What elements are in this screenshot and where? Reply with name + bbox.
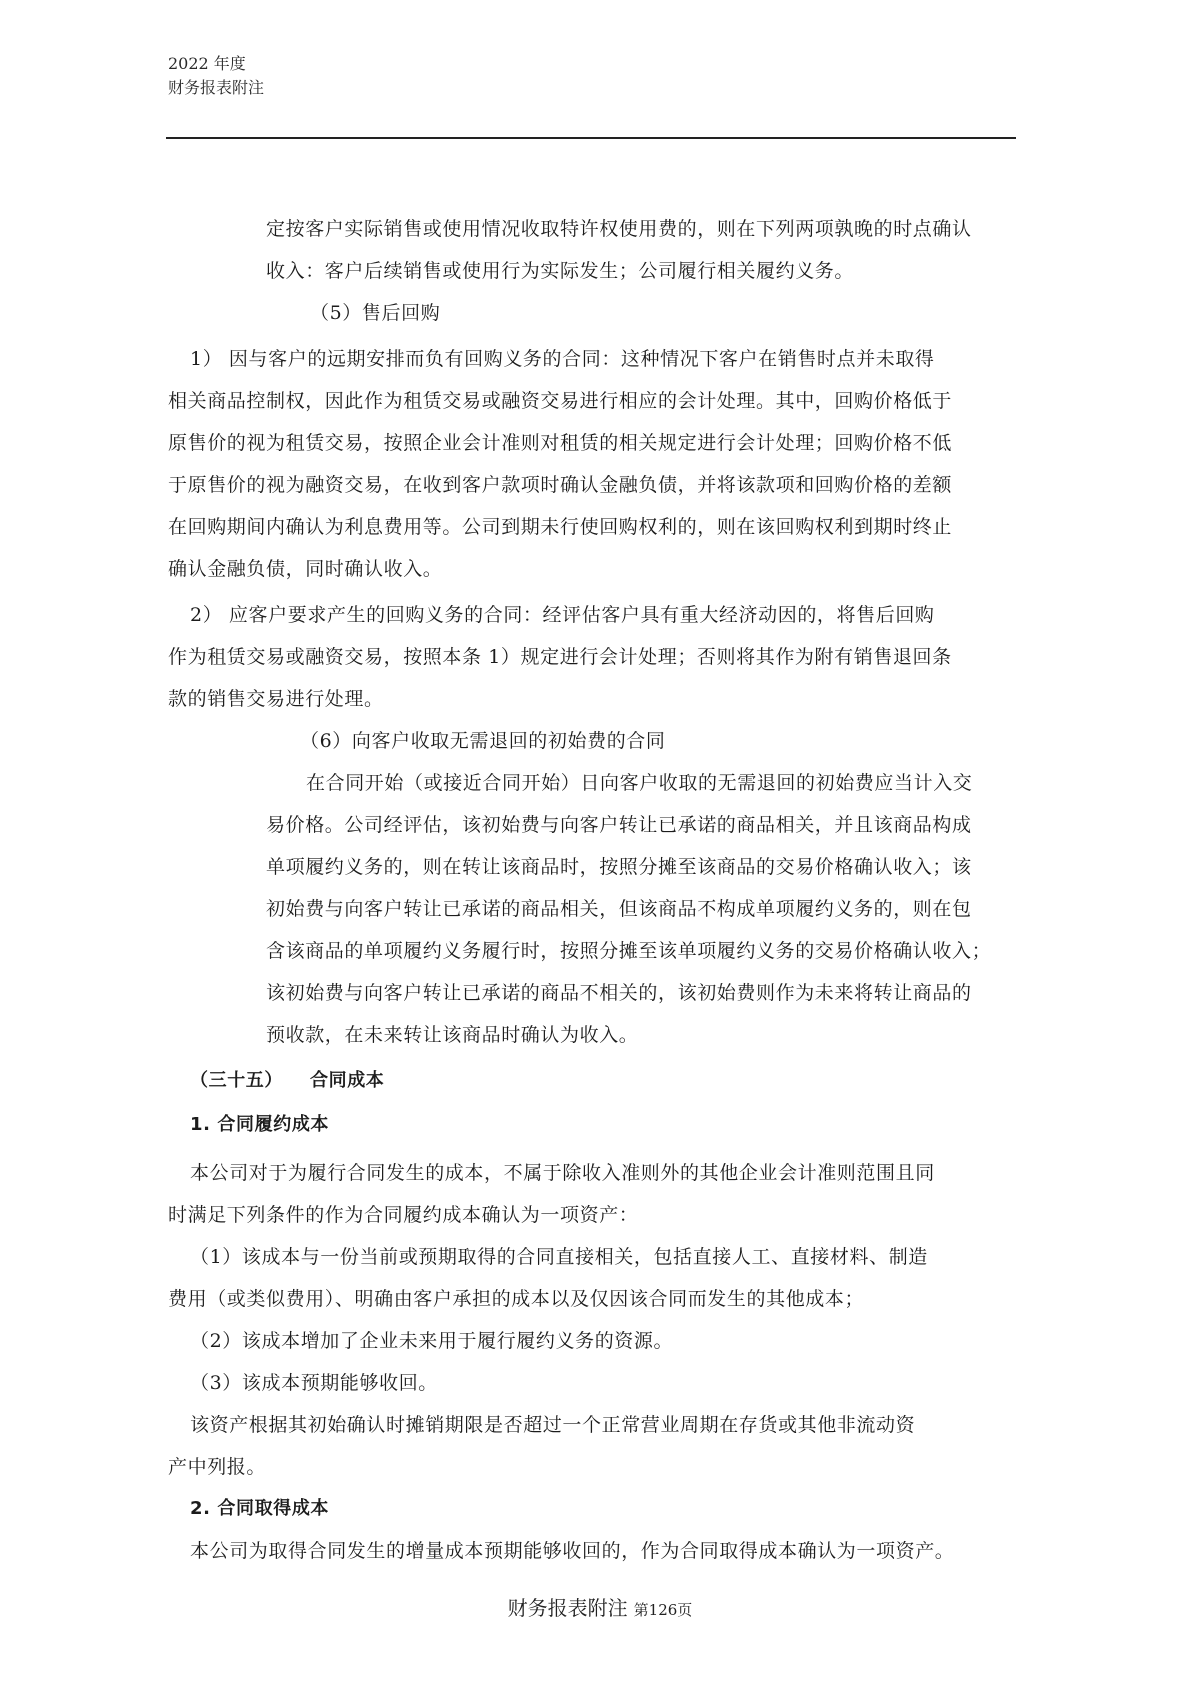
header-rule [166, 137, 1016, 139]
paragraph-line: 在回购期间内确认为利息费用等。公司到期未行使回购权利的，则在该回购权利到期时终止 [168, 516, 952, 538]
page-footer: 财务报表附注第126页 [0, 1592, 1200, 1621]
paragraph-line: 在合同开始（或接近合同开始）日向客户收取的无需退回的初始费应当计入交 [306, 772, 972, 794]
paragraph-line: 原售价的视为租赁交易，按照企业会计准则对租赁的相关规定进行会计处理；回购价格不低 [168, 432, 952, 454]
paragraph-line: 本公司为取得合同发生的增量成本预期能够收回的，作为合同取得成本确认为一项资产。 [190, 1540, 954, 1562]
paragraph-line: 时满足下列条件的作为合同履约成本确认为一项资产： [168, 1204, 638, 1226]
paragraph-line: 初始费与向客户转让已承诺的商品相关，但该商品不构成单项履约义务的，则在包 [266, 898, 972, 920]
paragraph-line: 本公司对于为履行合同发生的成本，不属于除收入准则外的其他企业会计准则范围且同 [190, 1162, 935, 1184]
paragraph-line: 预收款，在未来转让该商品时确认为收入。 [266, 1024, 638, 1046]
paragraph-line: 1） 因与客户的远期安排而负有回购义务的合同：这种情况下客户在销售时点并未取得 [190, 348, 935, 370]
paragraph-line: 该资产根据其初始确认时摊销期限是否超过一个正常营业周期在存货或其他非流动资 [190, 1414, 915, 1436]
paragraph-line: 易价格。公司经评估，该初始费与向客户转让已承诺的商品相关，并且该商品构成 [266, 814, 972, 836]
section-title: 合同成本 [310, 1070, 384, 1092]
paragraph-line: 收入：客户后续销售或使用行为实际发生；公司履行相关履约义务。 [266, 260, 854, 282]
subsection-heading-2: 2. 合同取得成本 [190, 1498, 329, 1520]
paragraph-line: 该初始费与向客户转让已承诺的商品不相关的，该初始费则作为未来将转让商品的 [266, 982, 972, 1004]
paragraph-line: 于原售价的视为融资交易，在收到客户款项时确认金融负债，并将该款项和回购价格的差额 [168, 474, 952, 496]
paragraph-line: （3）该成本预期能够收回。 [190, 1372, 438, 1394]
paragraph-line: 含该商品的单项履约义务履行时，按照分摊至该单项履约义务的交易价格确认收入； [266, 940, 991, 962]
paragraph-line: 作为租赁交易或融资交易，按照本条 1）规定进行会计处理；否则将其作为附有销售退回… [168, 646, 952, 668]
paragraph-line: 单项履约义务的，则在转让该商品时，按照分摊至该商品的交易价格确认收入；该 [266, 856, 972, 878]
paragraph-line: 产中列报。 [168, 1456, 266, 1478]
paragraph-line: （5）售后回购 [310, 302, 440, 324]
footer-title: 财务报表附注 [508, 1596, 628, 1620]
header-year: 2022 年度 [168, 52, 1000, 76]
paragraph-line: （2）该成本增加了企业未来用于履行履约义务的资源。 [190, 1330, 673, 1352]
header-title: 财务报表附注 [168, 76, 1000, 100]
page-number: 第126页 [634, 1601, 693, 1619]
paragraph-line: （1）该成本与一份当前或预期取得的合同直接相关，包括直接人工、直接材料、制造 [190, 1246, 928, 1268]
paragraph-line: 定按客户实际销售或使用情况收取特许权使用费的，则在下列两项孰晚的时点确认 [266, 218, 972, 240]
paragraph-line: 2） 应客户要求产生的回购义务的合同：经评估客户具有重大经济动因的，将售后回购 [190, 604, 935, 626]
subsection-heading-1: 1. 合同履约成本 [190, 1114, 329, 1136]
paragraph-line: 费用（或类似费用）、明确由客户承担的成本以及仅因该合同而发生的其他成本； [168, 1288, 864, 1310]
paragraph-line: 相关商品控制权，因此作为租赁交易或融资交易进行相应的会计处理。其中，回购价格低于 [168, 390, 952, 412]
paragraph-line: 确认金融负债，同时确认收入。 [168, 558, 442, 580]
section-number: （三十五） [190, 1070, 283, 1092]
paragraph-line: 款的销售交易进行处理。 [168, 688, 384, 710]
page-header: 2022 年度 财务报表附注 [168, 52, 1000, 100]
paragraph-line: （6）向客户收取无需退回的初始费的合同 [300, 730, 666, 752]
